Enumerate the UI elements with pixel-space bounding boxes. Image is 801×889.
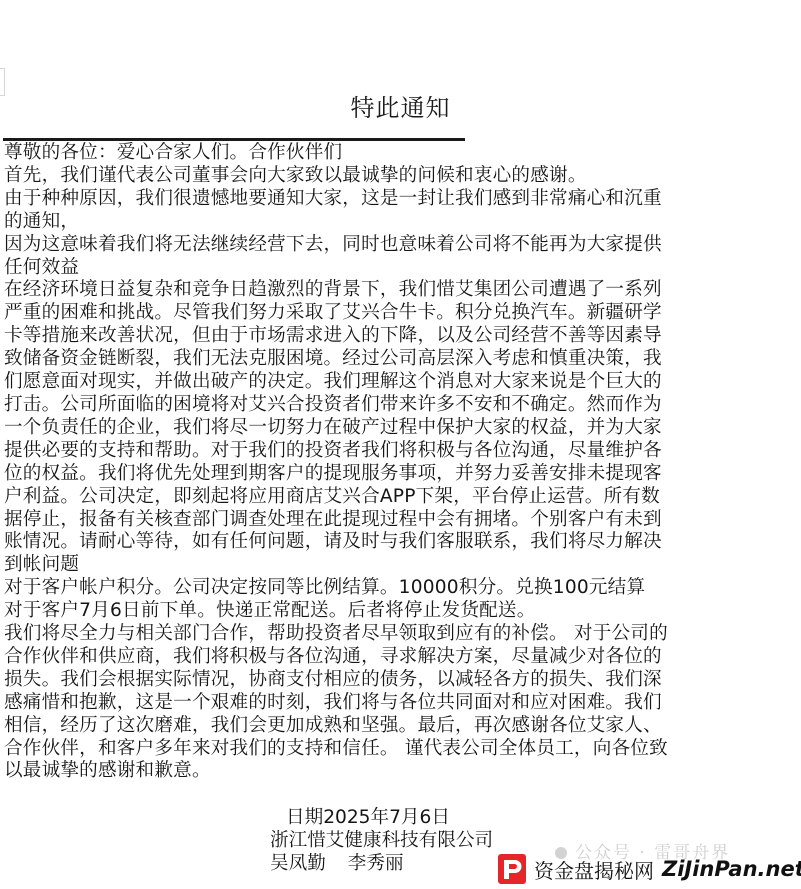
body-line: 们愿意面对现实，并做出破产的决定。我们理解这个消息对大家来说是个巨大的 [4, 371, 800, 394]
signature-date: 日期2025年7月6日 [270, 806, 493, 829]
body-line: 因为这意味着我们将无法继续经营下去，同时也意味着公司将不能再为大家提供 [4, 234, 800, 257]
body-line: 尊敬的各位：爱心合家人们。合作伙伴们 [4, 142, 800, 165]
signature-company: 浙江惜艾健康科技有限公司 [270, 829, 493, 852]
body-line: 合作伙伴和供应商，我们将积极与各位沟通，寻求解决方案，尽量减少对各位的 [4, 646, 800, 669]
body-line: 位的权益。我们将优先处理到期客户的提现服务事项，并努力妥善安排未提现客 [4, 463, 800, 486]
body-line: 损失。我们会根据实际情况，协商支付相应的债务，以减轻各方的损失、我们深 [4, 669, 800, 692]
notice-body: 尊敬的各位：爱心合家人们。合作伙伴们 首先，我们谨代表公司董事会向大家致以最诚挚… [4, 142, 800, 783]
body-line: 严重的困难和挑战。尽管我们努力采取了艾兴合牛卡。积分兑换汽车。新疆研学 [4, 302, 800, 325]
signatory-name: 李秀丽 [348, 853, 404, 874]
body-line: 户利益。公司决定，即刻起将应用商店艾兴合APP下架，平台停止运营。所有数 [4, 486, 800, 509]
body-line: 的通知， [4, 211, 800, 234]
body-line: 首先，我们谨代表公司董事会向大家致以最诚挚的问候和衷心的感谢。 [4, 165, 800, 188]
site-watermark: 资金盘揭秘网 ZiJinPan.net [498, 853, 801, 885]
document-title: 特此通知 [0, 88, 801, 123]
body-line: 相信，经历了这次磨难，我们会更加成熟和坚强。最后，再次感谢各位艾家人、 [4, 715, 800, 738]
body-line: 在经济环境日益复杂和竞争日趋激烈的背景下，我们惜艾集团公司遭遇了一系列 [4, 279, 800, 302]
body-line: 对于客户7月6日前下单。快递正常配送。后者将停止发货配送。 [4, 600, 800, 623]
body-line: 我们将尽全力与相关部门合作，帮助投资者尽早领取到应有的补偿。 对于公司的 [4, 623, 800, 646]
signature-names: 吴凤勤李秀丽 [270, 852, 493, 875]
body-line: 以最诚挚的感谢和歉意。 [4, 760, 800, 783]
signature-block: 日期2025年7月6日 浙江惜艾健康科技有限公司 吴凤勤李秀丽 [270, 806, 493, 875]
body-line: 账情况。请耐心等待，如有任何问题，请及时与我们客服联系，我们将尽力解决 [4, 531, 800, 554]
signatory-name: 吴凤勤 [270, 853, 326, 874]
body-line: 感痛惜和抱歉，这是一个艰难的时刻，我们将与各位共同面对和应对困难。我们 [4, 692, 800, 715]
body-line: 据停止，报备有关核查部门调查处理在此提现过程中会有拥堵。个别客户有未到 [4, 509, 800, 532]
body-line: 合作伙伴，和客户多年来对我们的支持和信任。 谨代表公司全体员工，向各位致 [4, 738, 800, 761]
body-line: 由于种种原因，我们很遗憾地要通知大家，这是一封让我们感到非常痛心和沉重 [4, 188, 800, 211]
body-line: 卡等措施来改善状况，但由于市场需求进入的下降，以及公司经营不善等因素导 [4, 325, 800, 348]
body-line: 一个负责任的企业，我们将尽一切努力在破产过程中保护大家的权益，并为大家 [4, 417, 800, 440]
title-divider [3, 138, 465, 141]
body-line: 打击。公司所面临的困境将对艾兴合投资者们带来许多不安和不确定。然而作为 [4, 394, 800, 417]
body-line: 任何效益 [4, 257, 800, 280]
site-name-cn: 资金盘揭秘网 [534, 855, 654, 884]
body-line: 致储备资金链断裂，我们无法克服困境。经过公司高层深入考虑和慎重决策，我 [4, 348, 800, 371]
body-line: 到帐问题 [4, 554, 800, 577]
site-name-en: ZiJinPan.net [662, 857, 801, 881]
site-logo-icon [498, 854, 526, 884]
body-line: 对于客户帐户积分。公司决定按同等比例结算。10000积分。兑换100元结算 [4, 577, 800, 600]
body-line: 提供必要的支持和帮助。对于我们的投资者我们将积极与各位沟通，尽量维护各 [4, 440, 800, 463]
